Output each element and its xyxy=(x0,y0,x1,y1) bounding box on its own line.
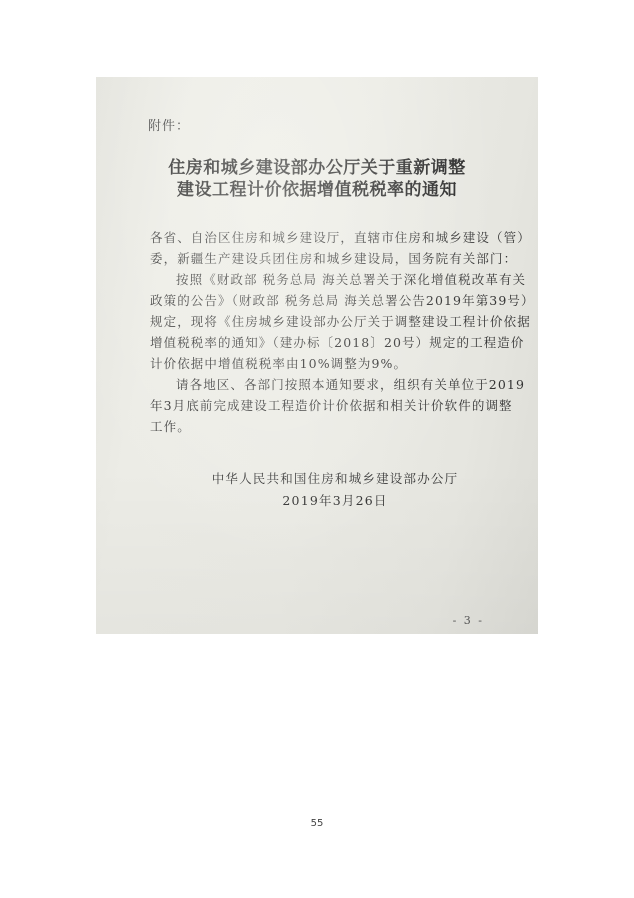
page-number: 55 xyxy=(0,818,634,829)
document-title-line-2: 建设工程计价依据增值税税率的通知 xyxy=(96,175,538,200)
body-line-2: 委，新疆生产建设兵团住房和城乡建设局，国务院有关部门： xyxy=(150,249,517,267)
body-line-10: 工作。 xyxy=(150,417,191,435)
signature-date: 2019年3月26日 xyxy=(96,491,538,509)
scanned-document-photo: 附件： 住房和城乡建设部办公厅关于重新调整 建设工程计价依据增值税税率的通知 各… xyxy=(96,77,538,634)
body-line-7: 计价依据中增值税税率由10%调整为9%。 xyxy=(150,354,407,372)
body-line-9: 年3月底前完成建设工程造价计价依据和相关计价软件的调整 xyxy=(150,396,513,414)
body-line-5: 规定，现将《住房城乡建设部办公厅关于调整建设工程计价依据 xyxy=(150,312,531,330)
body-line-6: 增值税税率的通知》（建办标〔2018〕20号）规定的工程造价 xyxy=(150,333,524,351)
attachment-label: 附件： xyxy=(148,115,190,134)
body-line-4: 政策的公告》（财政部 税务总局 海关总署公告2019年第39号） xyxy=(150,291,535,309)
body-line-3: 按照《财政部 税务总局 海关总署关于深化增值税改革有关 xyxy=(176,270,526,288)
inner-page-number: - 3 - xyxy=(453,614,484,627)
signature-issuer: 中华人民共和国住房和城乡建设部办公厅 xyxy=(96,469,538,487)
body-line-1: 各省、自治区住房和城乡建设厅，直辖市住房和城乡建设（管） xyxy=(150,228,531,246)
body-line-8: 请各地区、各部门按照本通知要求，组织有关单位于2019 xyxy=(176,375,525,393)
